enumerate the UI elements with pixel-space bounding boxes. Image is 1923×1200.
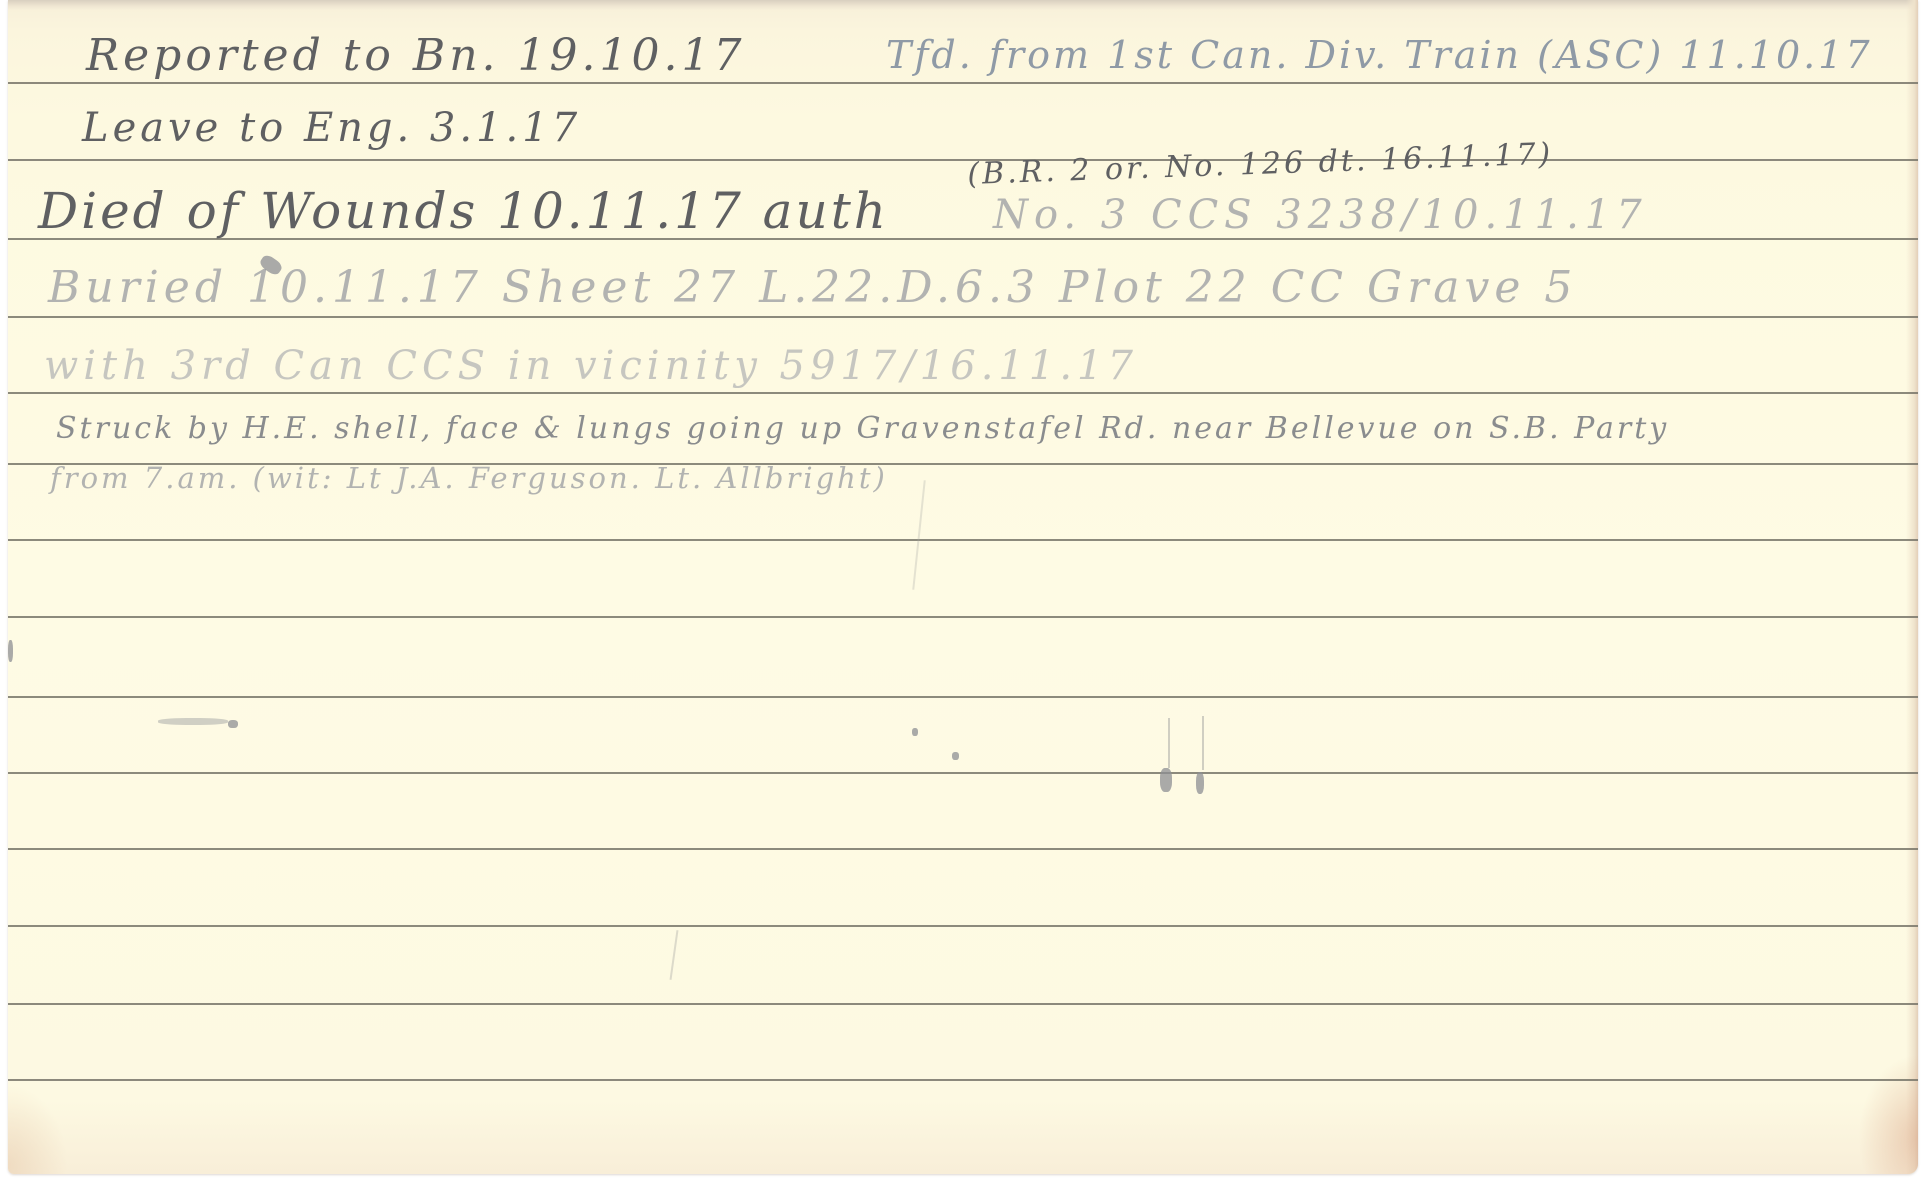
ruled-line [8, 616, 1918, 618]
pencil-scratch [1202, 716, 1204, 770]
pencil-scratch [1168, 718, 1170, 768]
pencil-smudge [158, 718, 228, 725]
pencil-scratch [670, 930, 679, 980]
ruled-line [8, 392, 1918, 394]
ruled-line [8, 772, 1918, 774]
pencil-smudge [1196, 772, 1204, 794]
pencil-mark [8, 640, 13, 662]
pencil-smudge [228, 720, 238, 728]
card-top-edge [8, 0, 1918, 10]
ruled-line [8, 539, 1918, 541]
ruled-line [8, 696, 1918, 698]
entry-leave: Leave to Eng. 3.1.17 [82, 108, 581, 148]
pencil-smudge [912, 728, 918, 736]
record-card: Reported to Bn. 19.10.17 Tfd. from 1st C… [8, 0, 1918, 1174]
ruled-line [8, 1003, 1918, 1005]
stain-bottom-left [8, 1084, 68, 1174]
ruled-line [8, 1079, 1918, 1081]
entry-buried-detail: with 3rd Can CCS in vicinity 5917/16.11.… [44, 346, 1138, 386]
card-right-edge [1906, 0, 1918, 1174]
ruled-line [8, 82, 1918, 84]
entry-reported: Reported to Bn. 19.10.17 [86, 34, 745, 78]
entry-died-of-wounds: Died of Wounds 10.11.17 auth [38, 186, 889, 236]
pencil-smudge [952, 752, 959, 760]
entry-died-source: No. 3 CCS 3238/10.11.17 [993, 195, 1648, 235]
pencil-smudge [1160, 768, 1172, 792]
ruled-line [8, 925, 1918, 927]
ruled-line [8, 316, 1918, 318]
ruled-line [8, 848, 1918, 850]
entry-circumstances: Struck by H.E. shell, face & lungs going… [56, 414, 1669, 444]
entry-circumstances-continued: from 7.am. (wit: Lt J.A. Ferguson. Lt. A… [50, 464, 888, 493]
stain-bottom-right [1858, 1054, 1918, 1174]
pencil-scratch [912, 480, 925, 590]
entry-reference: (B.R. 2 or. No. 126 dt. 16.11.17) [967, 140, 1554, 190]
ruled-line [8, 159, 1918, 161]
entry-transferred: Tfd. from 1st Can. Div. Train (ASC) 11.1… [886, 36, 1873, 74]
